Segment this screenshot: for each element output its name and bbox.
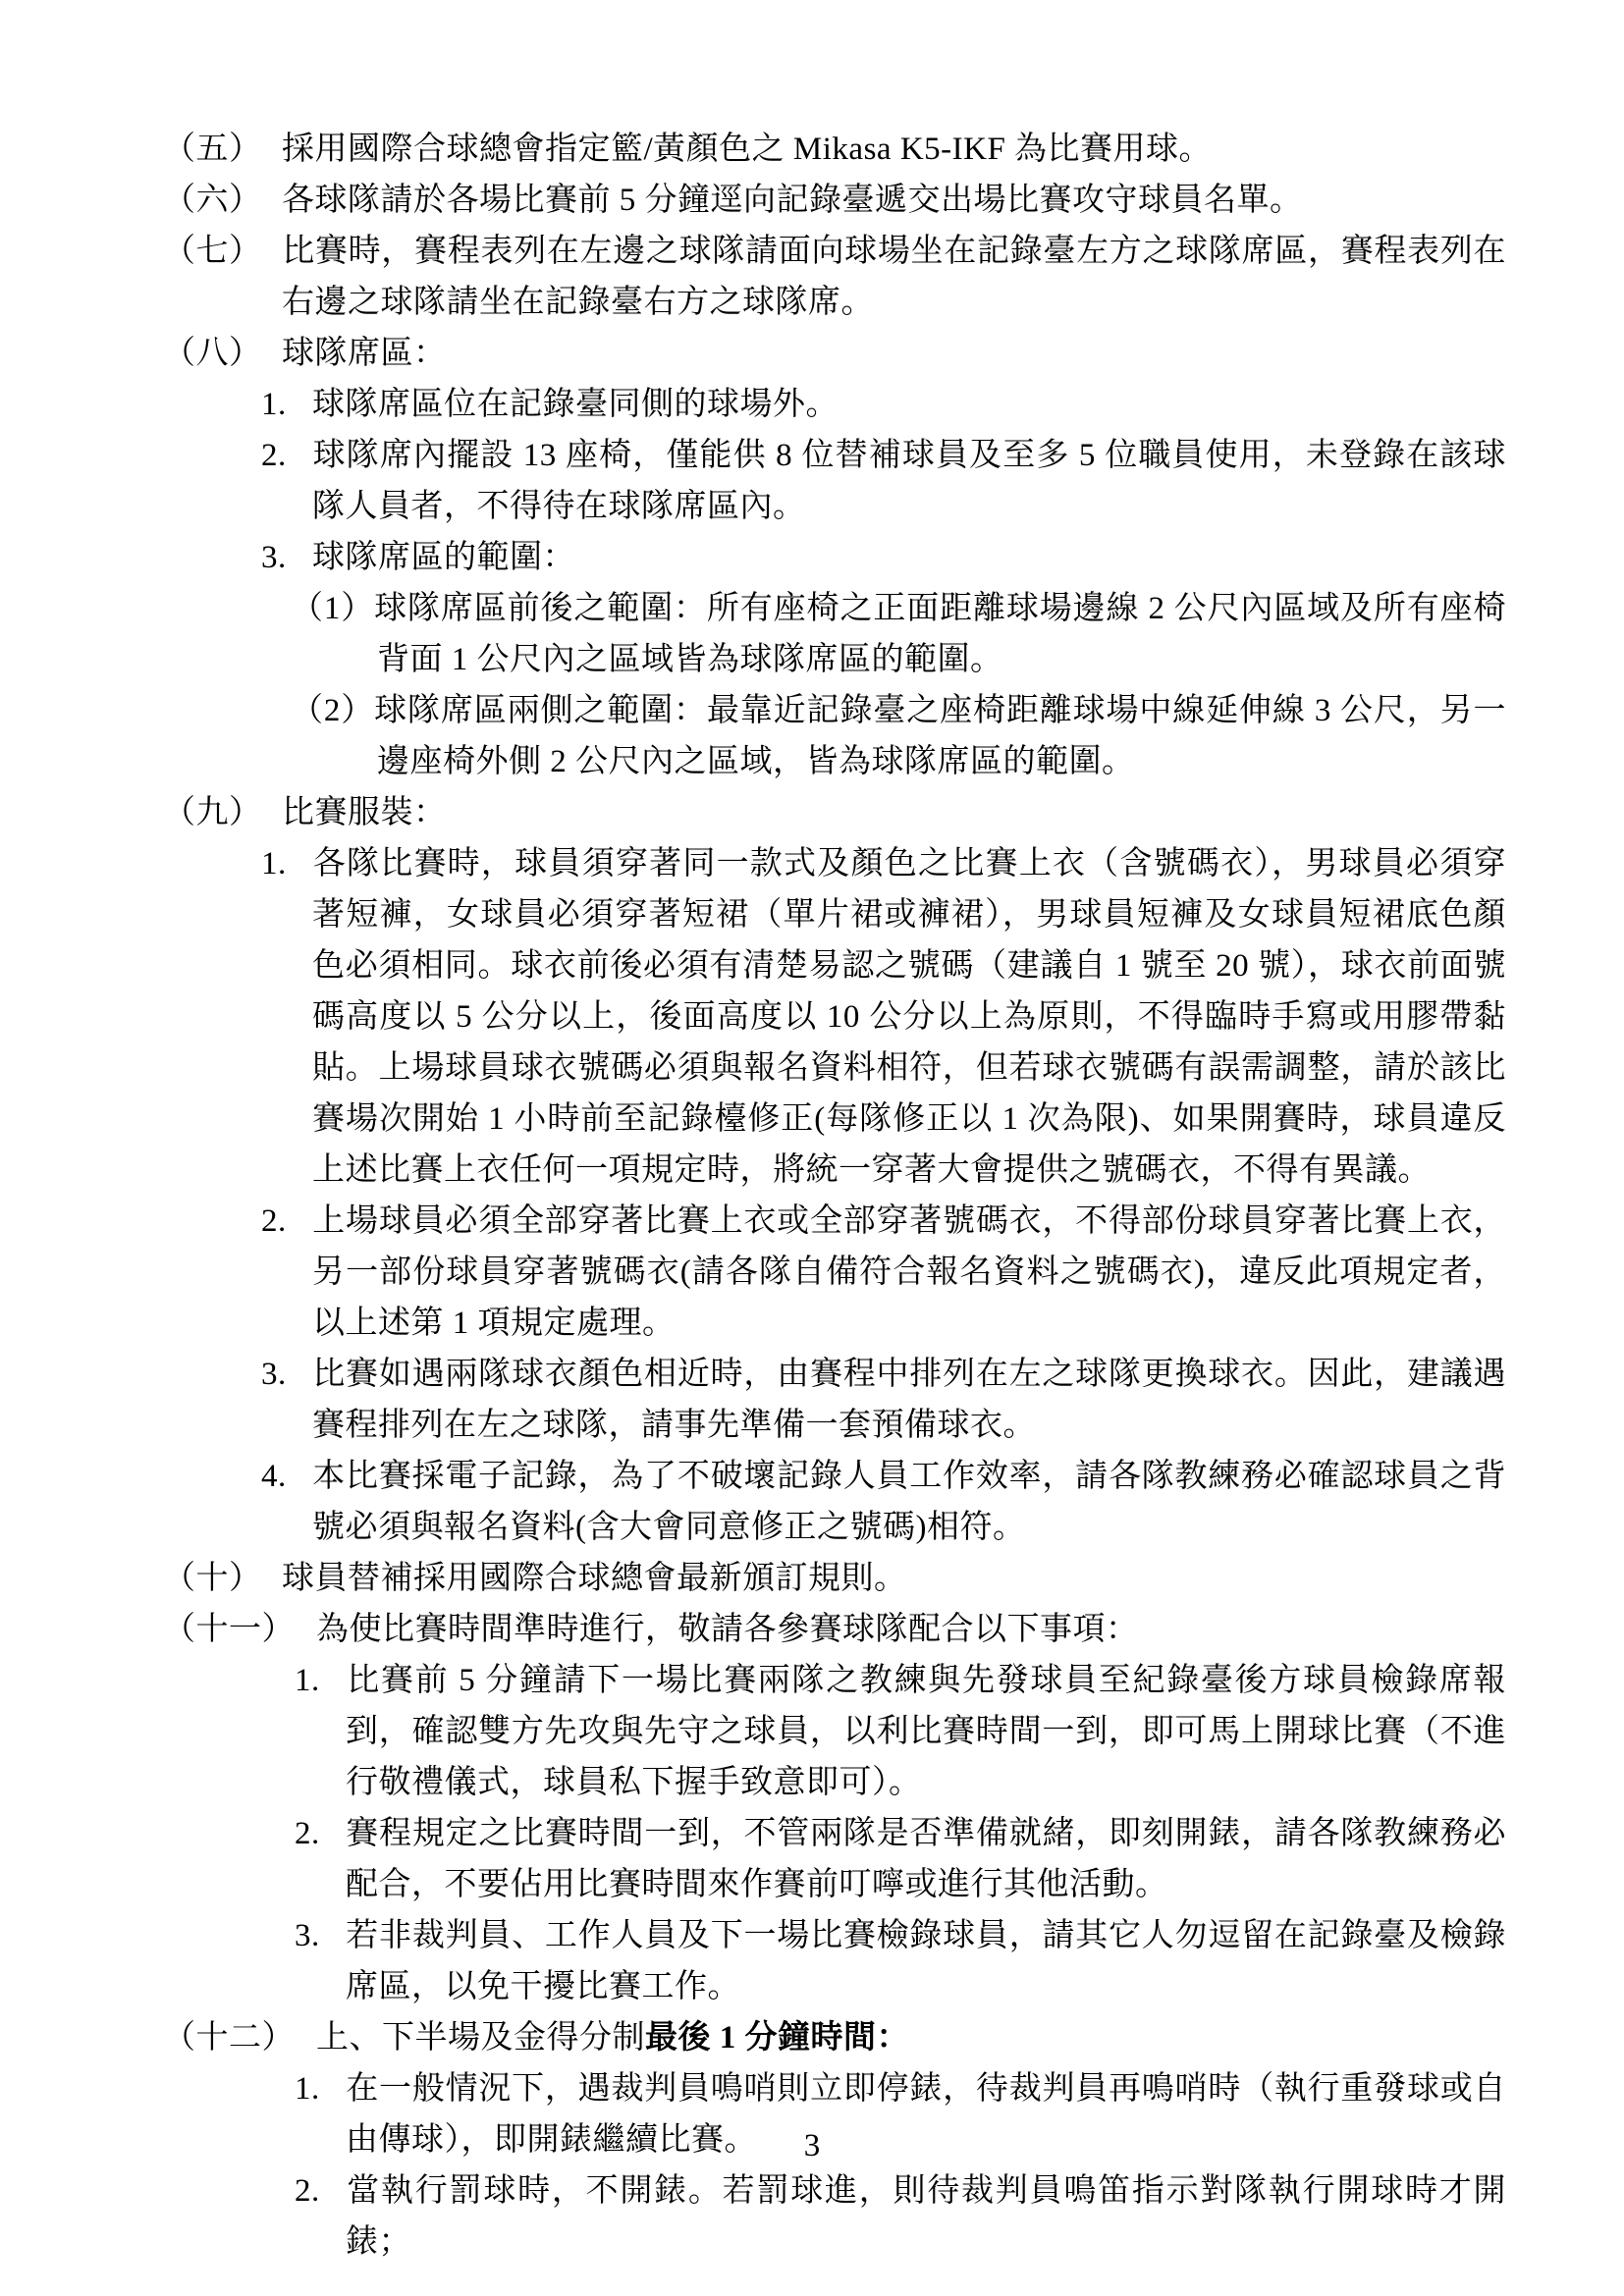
sub-sub-item-text: 球隊席區前後之範圍：所有座椅之正面距離球場邊線 2 公尺內區域及所有座椅背面 1…	[374, 591, 1506, 677]
rule-item-9: （九）比賽服裝：	[163, 787, 1506, 838]
sub-item-number: 1.	[295, 1655, 346, 1706]
sub-item-number: 1.	[261, 838, 312, 889]
rule-item-8-sub-3: 3.球隊席區的範圍：	[261, 532, 1506, 583]
rule-item-9-sub-2: 2.上場球員必須全部穿著比賽上衣或全部穿著號碼衣，不得部份球員穿著比賽上衣，另一…	[261, 1196, 1506, 1349]
rule-text: 上、下半場及金得分制	[316, 2020, 645, 2056]
rule-text: 球員替補採用國際合球總會最新頒訂規則。	[282, 1561, 907, 1596]
rule-label: （五）	[163, 124, 282, 175]
sub-item-text: 賽程規定之比賽時間一到，不管兩隊是否準備就緒，即刻開錶，請各隊教練務必配合，不要…	[346, 1816, 1506, 1902]
rule-text: 為使比賽時間準時進行，敬請各參賽球隊配合以下事項：	[316, 1612, 1139, 1647]
sub-item-number: 2.	[295, 1808, 346, 1859]
rule-item-12-sub-2: 2.當執行罰球時，不開錶。若罰球進，則待裁判員鳴笛指示對隊執行開球時才開錶；	[295, 2165, 1506, 2268]
rule-label: （十二）	[163, 2012, 316, 2063]
sub-sub-item-label: （2）	[291, 693, 374, 728]
sub-item-text: 若非裁判員、工作人員及下一場比賽檢錄球員，請其它人勿逗留在記錄臺及檢錄席區，以免…	[346, 1918, 1506, 2004]
sub-item-text: 球隊席內擺設 13 座椅，僅能供 8 位替補球員及至多 5 位職員使用，未登錄在…	[312, 438, 1506, 524]
rule-item-7: （七）比賽時，賽程表列在左邊之球隊請面向球場坐在記錄臺左方之球隊席區，賽程表列在…	[163, 226, 1506, 328]
rule-item-11: （十一）為使比賽時間準時進行，敬請各參賽球隊配合以下事項：	[163, 1604, 1506, 1655]
rule-label: （六）	[163, 175, 282, 226]
rule-text: 採用國際合球總會指定籃/黃顏色之 Mikasa K5-IKF 為比賽用球。	[282, 132, 1212, 167]
sub-sub-item-label: （1）	[291, 591, 374, 626]
rule-item-8: （八）球隊席區：	[163, 328, 1506, 379]
rule-text: 比賽時，賽程表列在左邊之球隊請面向球場坐在記錄臺左方之球隊席區，賽程表列在右邊之…	[282, 234, 1506, 320]
rule-item-9-sub-4: 4.本比賽採電子記錄，為了不破壞記錄人員工作效率，請各隊教練務必確認球員之背號必…	[261, 1451, 1506, 1553]
rule-item-11-sub-3: 3.若非裁判員、工作人員及下一場比賽檢錄球員，請其它人勿逗留在記錄臺及檢錄席區，…	[295, 1910, 1506, 2012]
rule-label: （九）	[163, 787, 282, 838]
rules-list: （五）採用國際合球總會指定籃/黃顏色之 Mikasa K5-IKF 為比賽用球。…	[163, 124, 1506, 2268]
rule-item-9-sub-1: 1.各隊比賽時，球員須穿著同一款式及顏色之比賽上衣（含號碼衣），男球員必須穿著短…	[261, 838, 1506, 1196]
sub-sub-item-text: 球隊席區兩側之範圍：最靠近記錄臺之座椅距離球場中線延伸線 3 公尺，另一邊座椅外…	[374, 693, 1506, 779]
rule-text-bold: 最後 1 分鐘時間：	[645, 2020, 909, 2056]
rule-item-9-sub-3: 3.比賽如遇兩隊球衣顏色相近時，由賽程中排列在左之球隊更換球衣。因此，建議遇賽程…	[261, 1349, 1506, 1451]
document-page: （五）採用國際合球總會指定籃/黃顏色之 Mikasa K5-IKF 為比賽用球。…	[0, 0, 1624, 2296]
rule-item-8-sub-1: 1.球隊席區位在記錄臺同側的球場外。	[261, 379, 1506, 430]
rule-text: 各球隊請於各場比賽前 5 分鐘逕向記錄臺遞交出場比賽攻守球員名單。	[282, 183, 1303, 218]
sub-item-text: 上場球員必須全部穿著比賽上衣或全部穿著號碼衣，不得部份球員穿著比賽上衣，另一部份…	[312, 1203, 1506, 1341]
rule-item-11-sub-2: 2.賽程規定之比賽時間一到，不管兩隊是否準備就緒，即刻開錶，請各隊教練務必配合，…	[295, 1808, 1506, 1910]
sub-item-number: 4.	[261, 1451, 312, 1502]
sub-item-number: 3.	[261, 532, 312, 583]
sub-item-text: 當執行罰球時，不開錶。若罰球進，則待裁判員鳴笛指示對隊執行開球時才開錶；	[346, 2173, 1506, 2260]
rule-label: （十一）	[163, 1604, 316, 1655]
sub-item-number: 3.	[261, 1349, 312, 1400]
rule-item-11-sub-1: 1.比賽前 5 分鐘請下一場比賽兩隊之教練與先發球員至紀錄臺後方球員檢錄席報到，…	[295, 1655, 1506, 1808]
rule-label: （十）	[163, 1553, 282, 1604]
sub-item-number: 2.	[295, 2165, 346, 2216]
rule-item-8-sub-3-1: （1）球隊席區前後之範圍：所有座椅之正面距離球場邊線 2 公尺內區域及所有座椅背…	[291, 583, 1506, 685]
sub-item-number: 1.	[261, 379, 312, 430]
sub-item-text: 各隊比賽時，球員須穿著同一款式及顏色之比賽上衣（含號碼衣），男球員必須穿著短褲，…	[312, 846, 1506, 1188]
sub-item-number: 2.	[261, 1196, 312, 1247]
rule-item-8-sub-2: 2.球隊席內擺設 13 座椅，僅能供 8 位替補球員及至多 5 位職員使用，未登…	[261, 430, 1506, 532]
sub-item-text: 比賽如遇兩隊球衣顏色相近時，由賽程中排列在左之球隊更換球衣。因此，建議遇賽程排列…	[312, 1357, 1506, 1443]
rule-item-10: （十）球員替補採用國際合球總會最新頒訂規則。	[163, 1553, 1506, 1604]
sub-item-number: 2.	[261, 430, 312, 481]
sub-item-text: 球隊席區的範圍：	[312, 540, 575, 575]
sub-item-number: 3.	[295, 1910, 346, 1961]
sub-item-text: 球隊席區位在記錄臺同側的球場外。	[312, 387, 839, 422]
rule-item-5: （五）採用國際合球總會指定籃/黃顏色之 Mikasa K5-IKF 為比賽用球。	[163, 124, 1506, 175]
rule-item-12: （十二）上、下半場及金得分制最後 1 分鐘時間：	[163, 2012, 1506, 2063]
sub-item-text: 本比賽採電子記錄，為了不破壞記錄人員工作效率，請各隊教練務必確認球員之背號必須與…	[312, 1459, 1506, 1545]
rule-text: 比賽服裝：	[282, 795, 447, 830]
rule-label: （七）	[163, 226, 282, 277]
rule-label: （八）	[163, 328, 282, 379]
rule-item-6: （六）各球隊請於各場比賽前 5 分鐘逕向記錄臺遞交出場比賽攻守球員名單。	[163, 175, 1506, 226]
rule-item-8-sub-3-2: （2）球隊席區兩側之範圍：最靠近記錄臺之座椅距離球場中線延伸線 3 公尺，另一邊…	[291, 685, 1506, 787]
sub-item-number: 1.	[295, 2063, 346, 2114]
sub-item-text: 比賽前 5 分鐘請下一場比賽兩隊之教練與先發球員至紀錄臺後方球員檢錄席報到，確認…	[346, 1663, 1506, 1800]
rule-text: 球隊席區：	[282, 336, 447, 371]
page-number: 3	[0, 2120, 1624, 2171]
